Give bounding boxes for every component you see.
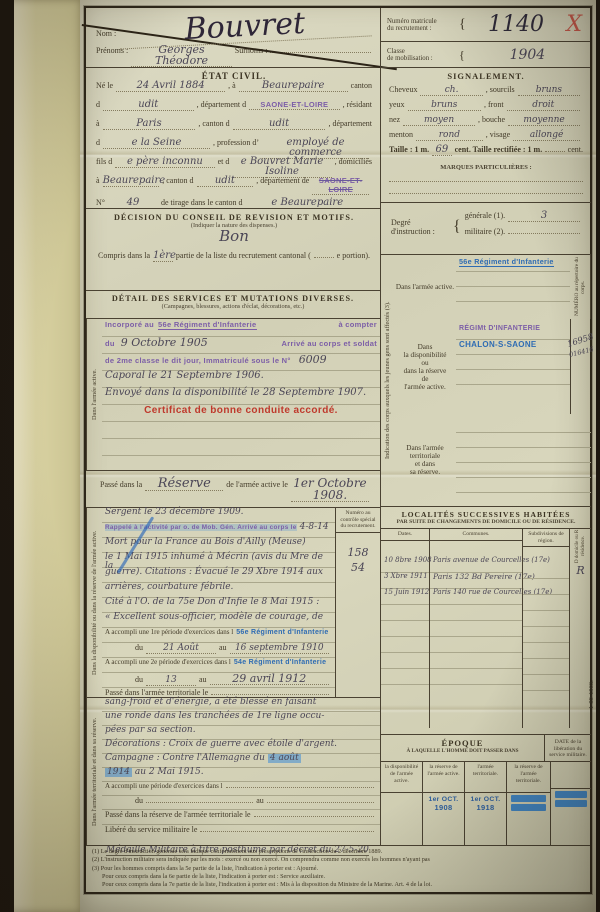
- decision-value: Bon: [98, 229, 370, 251]
- loc-date-2: 3 Xbre 1911: [384, 573, 428, 580]
- repertoire-corps-label: NUMÉRO au répertoire du corps.: [570, 255, 591, 319]
- periode2-line: A accompli une 2e période d'exercices da…: [102, 658, 335, 673]
- epoque-col3: l'armée territoriale. 1er OCT. 1918: [464, 762, 506, 846]
- yeux-value: bruns: [408, 101, 481, 111]
- controle-special-value-1: 158: [348, 547, 369, 558]
- etat-civil-line-4: d e la Seine , profession d’ employé de …: [96, 138, 372, 157]
- service-line-3: de 2me classe le dit jour, Immatriculé s…: [102, 354, 380, 371]
- matricule-corps: 6009: [299, 354, 327, 365]
- marques-label: MARQUES PARTICULIÈRES :: [389, 164, 583, 171]
- reserve-box: Dans la disponibilité ou dans la réserve…: [86, 507, 380, 697]
- epoque-col5: [550, 762, 591, 846]
- cheveux-value: ch.: [420, 86, 482, 96]
- liste-partie: 1ère: [153, 251, 173, 262]
- corps-active-row: Dans l'armée active. 56e Régiment d'Infa…: [394, 255, 591, 319]
- epoque-col1: la disponibilité de l'armée active.: [381, 762, 422, 846]
- service-line-2: du 9 Octobre 1905 Arrivé au corps et sol…: [102, 337, 380, 354]
- corps-margin-label: Indication des corps auxquels les jeunes…: [381, 255, 394, 506]
- epoque-section: ÉPOQUE À LAQUELLE L'HOMME DOIT PASSER DA…: [381, 734, 591, 845]
- services-subtitle: (Campagnes, blessures, actions d'éclat, …: [86, 303, 380, 310]
- dispo-stamp-ville: CHALON-S-SAONE: [459, 340, 537, 349]
- corps-active-stamp: 56e Régiment d'Infanterie: [459, 257, 554, 267]
- departement-stamp-struck: SAONE-ET-LOIRE: [312, 176, 369, 195]
- sourcils-value: bruns: [518, 86, 580, 96]
- incorporation-date: 9 Octobre 1905: [121, 337, 208, 348]
- localites-title: LOCALITÉS SUCCESSIVES HABITÉES: [381, 510, 591, 519]
- passe-reserve-line: Passé dans la Réserve de l'armée active …: [86, 470, 380, 507]
- classe-value: 1904: [465, 48, 590, 62]
- father: e père inconnu: [115, 157, 214, 168]
- instruction-section: Degré d'instruction : { générale (1). 3 …: [381, 202, 591, 254]
- brace: {: [453, 218, 461, 236]
- periode2-from: 13: [146, 676, 196, 686]
- libere-line: Libéré du service militaire le: [102, 825, 380, 839]
- loc-dr-1: R: [576, 565, 584, 576]
- etat-civil-line-5: fils d e père inconnu et d e Bouvret Mar…: [96, 157, 372, 176]
- service-line-5: Envoyé dans la disponibilité le 28 Septe…: [102, 388, 380, 405]
- campagne-line: Campagne : Contre l'Allemagne du 4 août: [102, 754, 380, 768]
- periode2-to: 29 avril 1912: [210, 673, 329, 685]
- corps-dispo-row: Dans la disponibilité ou dans la réserve…: [394, 319, 591, 414]
- nez-value: moyen: [403, 116, 475, 126]
- bouche-value: moyenne: [508, 116, 580, 126]
- loc-commune-2: Paris 132 Bd Pereire (17e): [433, 573, 535, 581]
- regiment-stamp: 56e Régiment d'Infanterie: [158, 320, 256, 330]
- periode1-from: 21 Août: [146, 644, 216, 654]
- bonne-conduite-stamp: Certificat de bonne conduite accordé.: [102, 405, 380, 422]
- corps-terr-row: Dans l'armée territoriale et dans sa rés…: [394, 414, 591, 506]
- periode2-regiment-stamp: 54e Régiment d'Infanterie: [234, 659, 326, 666]
- periode1-to: 16 septembre 1910: [230, 644, 329, 654]
- residence: Paris: [103, 119, 196, 130]
- matricule-box: Numéro matricule du recrutement : { 1140…: [380, 8, 590, 68]
- passe-reserve-date: 1er Octobre 1908.: [291, 477, 369, 502]
- mother: e Bouvret Marie Isoline: [232, 157, 331, 178]
- instruction-generale-value: 3: [508, 211, 580, 222]
- brace: {: [459, 17, 466, 33]
- periode1-line: A accompli une 1re période d'exercices d…: [102, 628, 335, 643]
- signalement-title: SIGNALEMENT.: [389, 71, 583, 81]
- etat-civil-section: ÉTAT CIVIL. Né le 24 Avril 1884 , à Beau…: [86, 68, 380, 208]
- rappel-date: 4-8-14: [300, 523, 329, 532]
- blue-redaction-bar: [555, 800, 588, 807]
- blue-redaction-bar: [555, 791, 588, 798]
- compris-line: Compris dans la 1ère partie de la liste …: [98, 251, 370, 271]
- periode1-regiment-stamp: 56e Régiment d'Infanterie: [236, 629, 328, 636]
- armee-active-margin-label: Dans l'armée active.: [86, 319, 102, 470]
- document-sheet: Nom : Bouvret Prénoms : Georges Théodore…: [80, 0, 596, 912]
- etat-civil-line-3: à Paris , canton d udit , département: [96, 119, 372, 138]
- localites-subtitle: PAR SUITE DE CHANGEMENTS DE DOMICILE OU …: [381, 519, 591, 525]
- taille-line: Taille : 1 m. 69 cent. Taille rectifiée …: [389, 145, 583, 161]
- red-check-mark: X: [566, 12, 590, 37]
- matricule-label: Numéro matricule: [387, 18, 459, 25]
- periode-territoriale-line: A accompli une période d'exercices dans …: [102, 782, 380, 796]
- epoque-col2: la réserve de l'armée active. 1er OCT. 1…: [422, 762, 464, 846]
- repertoire-values: 16958 016416: [570, 319, 591, 414]
- service-line-1: Incorporé au 56e Régiment d'Infanterie à…: [102, 320, 380, 337]
- signalement-section: SIGNALEMENT. Cheveux ch. , sourcils brun…: [381, 68, 591, 202]
- corps-dispo-label: Dans la disponibilité ou dans la réserve…: [394, 319, 456, 414]
- epoque-col5-header: DATE de la libération du service militai…: [544, 735, 591, 761]
- nom-value: Bouvret: [119, 5, 372, 49]
- loc-date-3: 15 Juin 1912: [384, 589, 429, 596]
- blue-redaction-bar: [511, 804, 546, 811]
- name-box: Nom : Bouvret Prénoms : Georges Théodore…: [86, 8, 380, 68]
- matricule-value: 1140: [466, 14, 567, 36]
- localites-section: LOCALITÉS SUCCESSIVES HABITÉES PAR SUITE…: [381, 506, 591, 734]
- form-frame: Nom : Bouvret Prénoms : Georges Théodore…: [84, 6, 592, 894]
- service-line-4: Caporal le 21 Septembre 1906.: [102, 371, 380, 388]
- services-title: DÉTAIL DES SERVICES ET MUTATIONS DIVERSE…: [86, 294, 380, 303]
- etat-civil-line-2: d udit , département d SAONE-ET-LOIRE , …: [96, 100, 372, 119]
- blue-redaction-bar: [511, 795, 546, 802]
- armee-active-box: Dans l'armée active. Incorporé au 56e Ré…: [86, 318, 380, 470]
- form-reference-number: 1-89-1903.: [588, 620, 595, 770]
- col-subdivisions: Subdivisions de région.: [522, 529, 569, 728]
- controle-special-value-2: 54: [351, 562, 365, 573]
- passe-reserve-word: Réserve: [145, 477, 223, 491]
- decorations-line: Décorations : Croix de guerre avec étoil…: [102, 740, 380, 754]
- menton-value: rond: [416, 131, 483, 141]
- dispo-stamp-regiment: RÉGIMt D'INFANTERIE: [459, 325, 540, 332]
- adjacent-page-edge: [14, 0, 86, 912]
- footnotes: (1) Le degré d'instruction générale sera…: [86, 845, 590, 890]
- corps-section: Indication des corps auxquels les jeunes…: [381, 254, 591, 506]
- front-value: droit: [507, 101, 580, 111]
- controle-special-header: Numéro au contrôle spécial du recrutemen…: [336, 508, 380, 533]
- passe-reserve-territoriale-line: Passé dans la réserve de l'armée territo…: [102, 810, 380, 825]
- controle-special-column: Numéro au contrôle spécial du recrutemen…: [335, 508, 380, 697]
- services-title-block: DÉTAIL DES SERVICES ET MUTATIONS DIVERSE…: [86, 290, 380, 318]
- epoque-col3-value: 1er OCT.: [465, 796, 506, 803]
- etat-civil-line-1: Né le 24 Avril 1884 , à Beaurepaire cant…: [96, 81, 372, 100]
- birth-place: Beaurepaire: [239, 81, 348, 92]
- departement-stamp: SAONE-ET-LOIRE: [249, 100, 340, 110]
- loc-date-1: 10 8bre 1908: [384, 557, 432, 564]
- corps-terr-label: Dans l'armée territoriale et dans sa rés…: [394, 414, 456, 506]
- col-communes: Communes. Paris avenue de Courcelles (17…: [429, 529, 522, 728]
- right-column: SIGNALEMENT. Cheveux ch. , sourcils brun…: [380, 68, 590, 845]
- reserve-margin-label: Dans la disponibilité ou dans la réserve…: [86, 508, 102, 697]
- epoque-col2-value: 1er OCT.: [423, 796, 464, 803]
- classe-label: Classe: [387, 48, 459, 55]
- decision-title: DÉCISION DU CONSEIL DE REVISION ET MOTIF…: [98, 213, 370, 222]
- territoriale-box: Dans l'armée territoriale et dans sa rés…: [86, 697, 380, 845]
- decision-section: DÉCISION DU CONSEIL DE REVISION ET MOTIF…: [86, 208, 380, 290]
- scanned-document: Nom : Bouvret Prénoms : Georges Théodore…: [0, 0, 600, 912]
- corps-active-label: Dans l'armée active.: [394, 255, 456, 319]
- territoriale-margin-label: Dans l'armée territoriale et dans sa rés…: [86, 698, 102, 845]
- epoque-col4: la réserve de l'armée territoriale.: [506, 762, 550, 846]
- col-dates: Dates. 10 8bre 1908 3 Xbre 1911 15 Juin …: [381, 529, 429, 728]
- etat-civil-line-6: à Beaurepaire , canton d udit , départem…: [96, 176, 372, 195]
- rappel-stamp-line: Rappelé à l'activité par o. de Mob. Gén.…: [102, 523, 335, 538]
- birth-date: 24 Avril 1884: [116, 81, 225, 92]
- visage-value: allongé: [513, 131, 580, 141]
- nom-label: Nom :: [96, 29, 116, 38]
- reserve-line-1: Sergent le 23 décembre 1909.: [102, 508, 335, 523]
- epoque-subtitle: À LAQUELLE L'HOMME DOIT PASSER DANS: [381, 748, 544, 754]
- epoque-title: ÉPOQUE: [381, 738, 544, 748]
- taille-value: 69: [432, 145, 451, 156]
- citation-line: Cité à l'O. de la 75e Don d'Infie le 8 M…: [102, 598, 335, 613]
